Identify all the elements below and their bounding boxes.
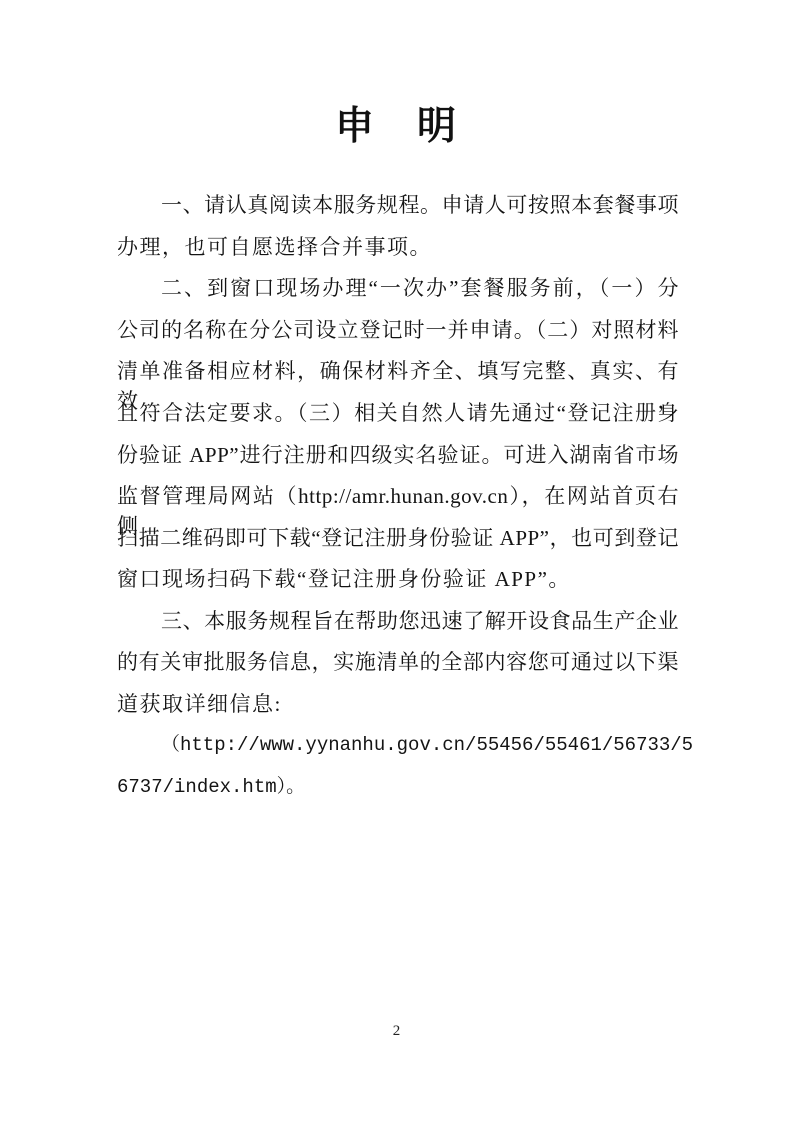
body-line: 且符合法定要求。（三）相关自然人请先通过“登记注册身: [117, 398, 679, 440]
body-line-url: 6737/index.htm）。: [117, 772, 679, 814]
body-line: 的有关审批服务信息，实施清单的全部内容您可通过以下渠: [117, 647, 679, 689]
document-page: 申 明 一、请认真阅读本服务规程。申请人可按照本套餐事项 办理，也可自愿选择合并…: [0, 0, 793, 1122]
body-line-url: （http://www.yynanhu.gov.cn/55456/55461/5…: [117, 730, 679, 772]
body-line: 公司的名称在分公司设立登记时一并申请。（二）对照材料: [117, 315, 679, 357]
body-line: 窗口现场扫码下载“登记注册身份验证 APP”。: [117, 564, 679, 606]
body-line: 二、到窗口现场办理“一次办”套餐服务前，（一）分: [117, 273, 679, 315]
body-line: 道获取详细信息:: [117, 689, 679, 731]
body-line: 扫描二维码即可下载“登记注册身份验证 APP”，也可到登记: [117, 523, 679, 565]
body-line: 办理，也可自愿选择合并事项。: [117, 232, 679, 274]
body-line: 份验证 APP”进行注册和四级实名验证。可进入湖南省市场: [117, 440, 679, 482]
body-line: 三、本服务规程旨在帮助您迅速了解开设食品生产企业: [117, 606, 679, 648]
page-title: 申 明: [0, 95, 793, 151]
page-title-text: 申 明: [335, 105, 458, 148]
body-line: 监督管理局网站（http://amr.hunan.gov.cn），在网站首页右侧: [117, 481, 679, 523]
body-line: 一、请认真阅读本服务规程。申请人可按照本套餐事项: [117, 190, 679, 232]
body-line: 清单准备相应材料，确保材料齐全、填写完整、真实、有效，: [117, 356, 679, 398]
page-number: 2: [0, 1023, 793, 1040]
